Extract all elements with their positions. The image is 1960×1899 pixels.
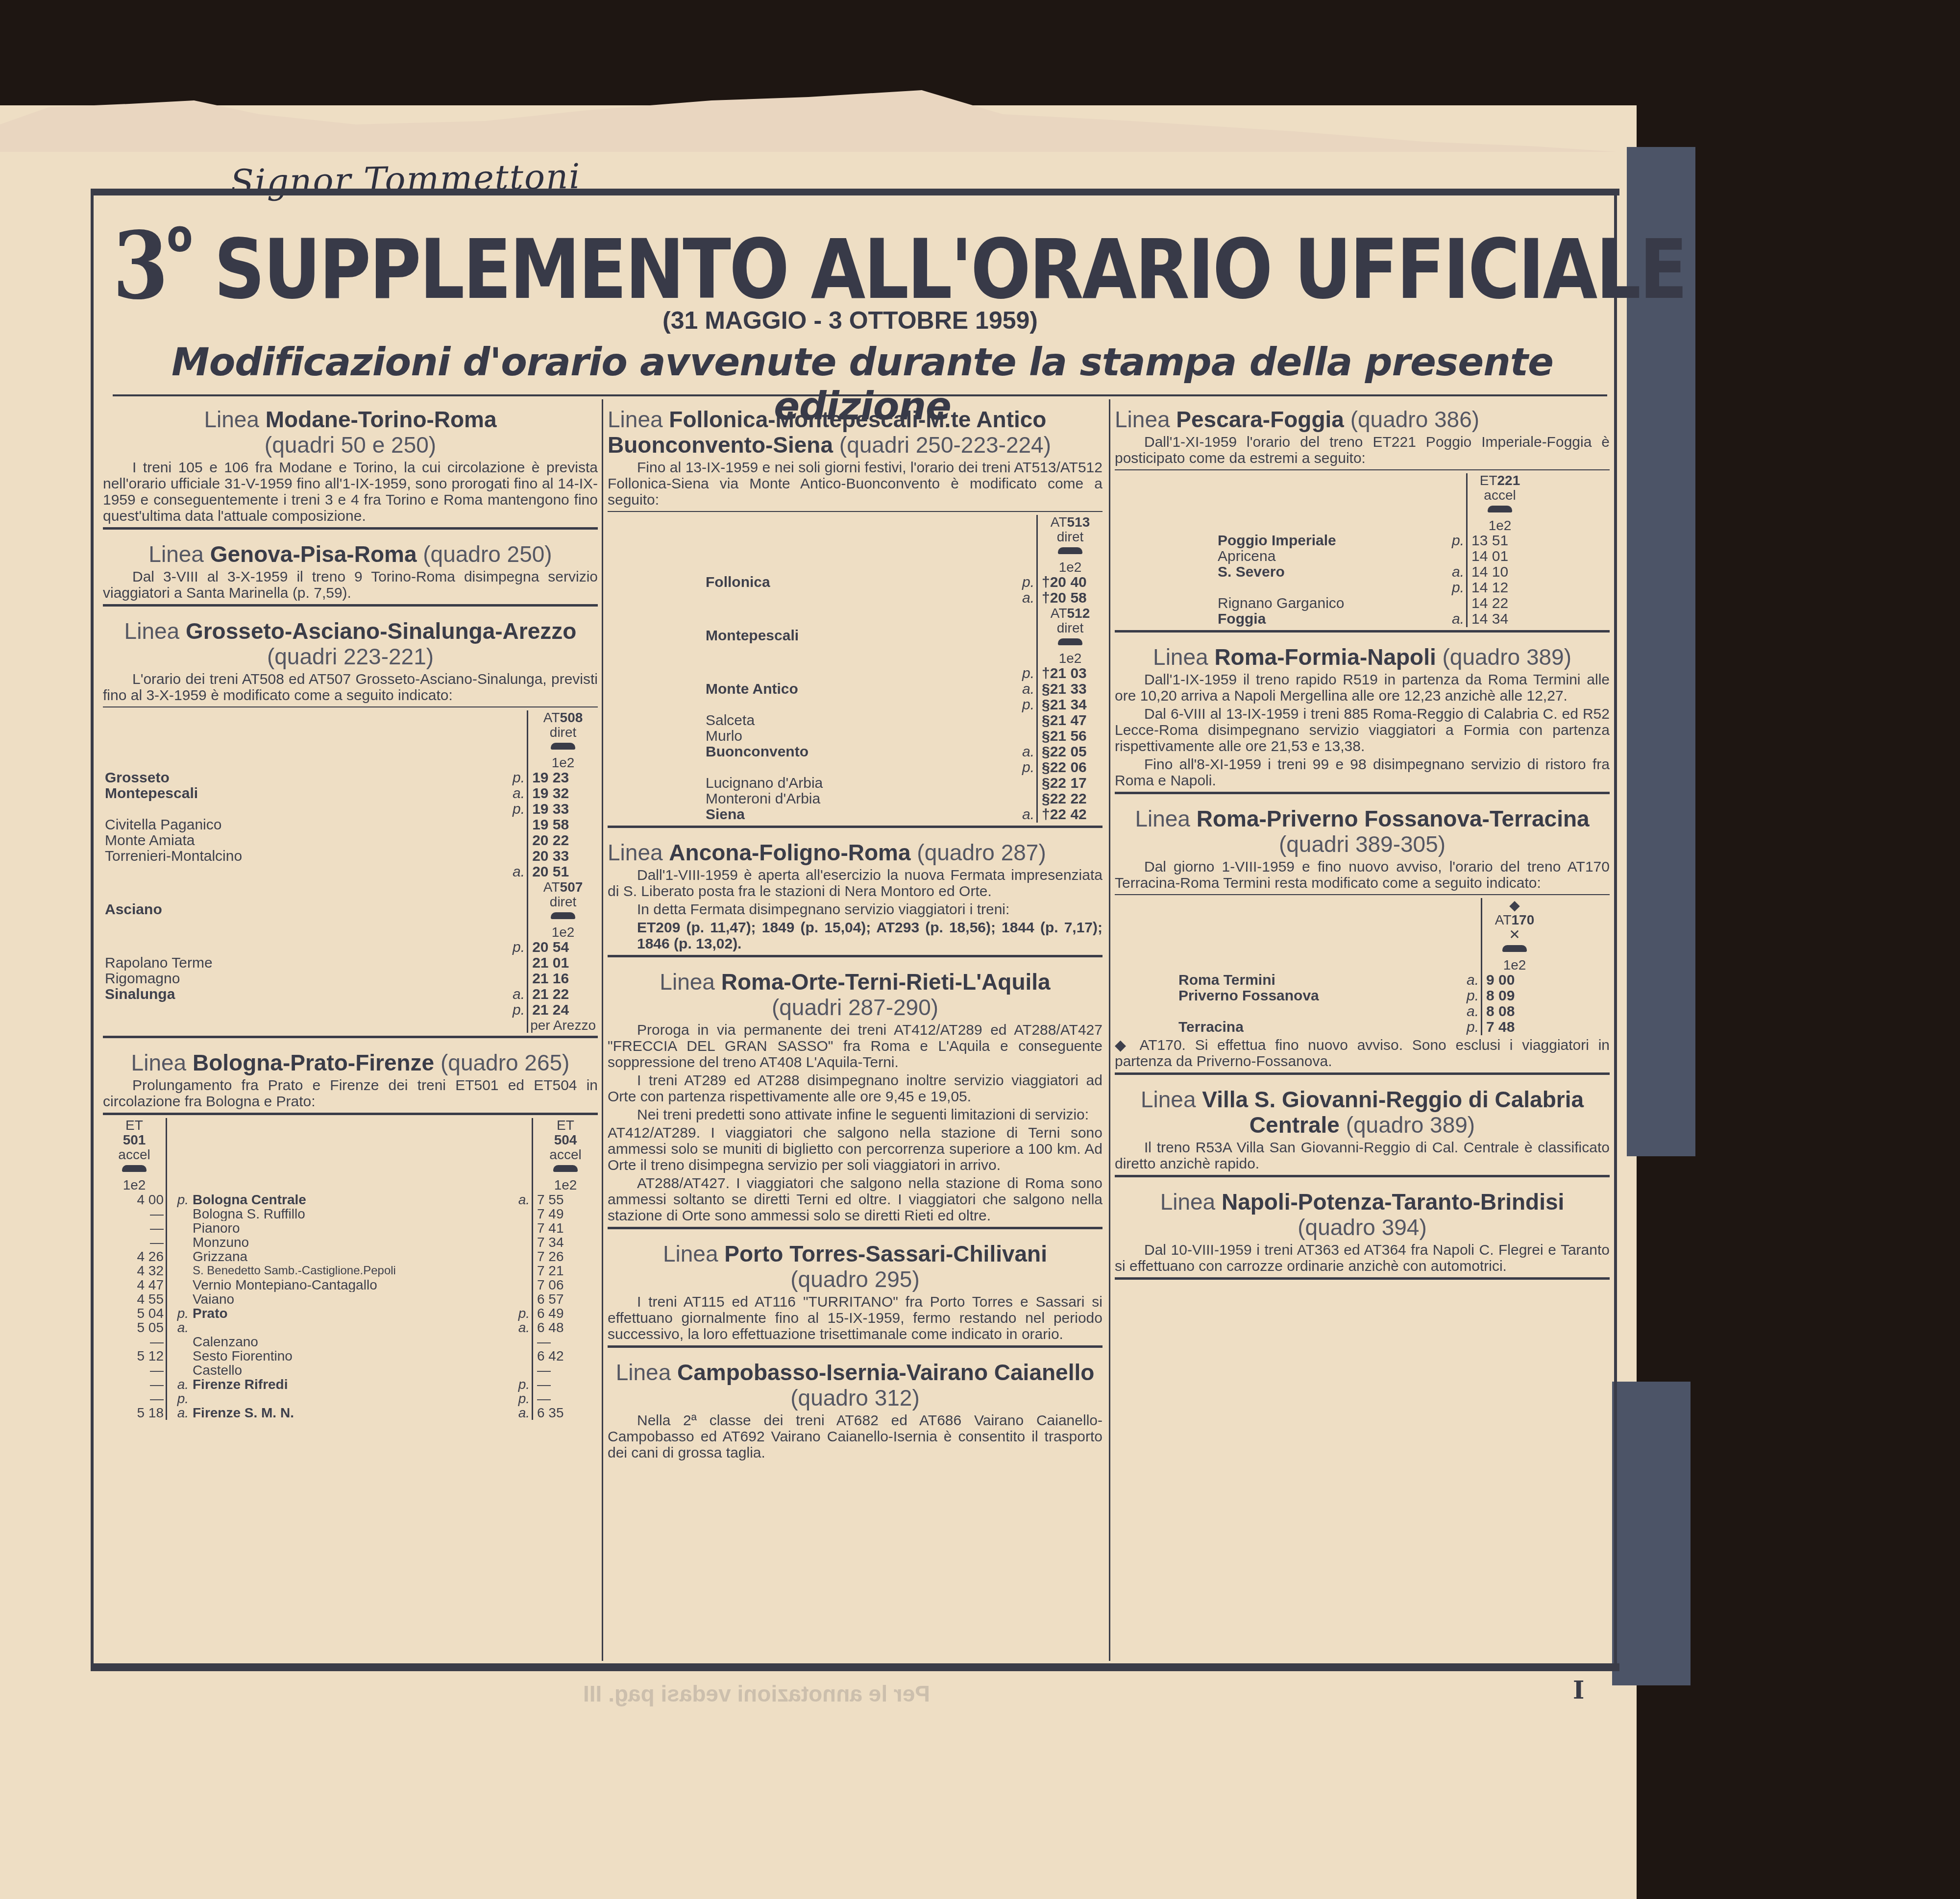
section-rule [608,1227,1102,1229]
station: Firenze Rifredi [191,1377,508,1391]
train-type: AT [543,710,560,725]
section-text: I treni AT115 ed AT116 "TURRITANO" fra P… [608,1294,1102,1342]
station [103,940,503,955]
section-text: In detta Fermata disimpegnano servizio v… [608,901,1102,918]
linea-label: Linea [608,407,663,432]
arr-dep: p. [1443,580,1467,596]
arr-dep: a. [1457,973,1482,988]
train-number: 513 [1067,514,1090,530]
table-row: Grossetop.19 23 [103,770,598,786]
footnote: ◆ AT170. Si effettua fino nuovo avviso. … [1115,1037,1610,1070]
table-row: Monteroni d'Arbia§22 22 [608,791,1102,807]
station [1115,580,1443,596]
station [608,666,1013,682]
section-napoli-potenza-taranto: Linea Napoli-Potenza-Taranto-Brindisi(qu… [1115,1184,1610,1287]
station: Torrenieri-Montalcino [103,849,503,864]
quadro-ref: (quadri 389-305) [1279,831,1445,857]
arr-dep: p. [508,1391,533,1406]
station [103,802,503,817]
time: §22 06 [1037,760,1103,776]
arr-dep: a. [167,1406,191,1420]
time: 21 24 [528,1002,598,1018]
time-left: — [103,1391,167,1406]
table-row: 5 04p.Pratop.6 49 [103,1306,598,1320]
railcar-icon [553,1165,578,1172]
arr-dep: p. [503,770,528,786]
train-class: 1e2 [123,1177,146,1193]
table-row: Sienaa.†22 42 [608,807,1102,823]
train-header-at512: AT512diret1e2 [1037,606,1103,666]
time: §21 33 [1037,682,1103,697]
quadro-ref: (quadro 386) [1350,407,1479,432]
section-text: AT288/AT427. I viaggiatori che salgono n… [608,1175,1102,1224]
bleed-through-text: Per le annotazioni vedasi pag. III [583,1680,930,1707]
quadro-ref: (quadro 394) [1298,1215,1426,1240]
section-rule [1115,792,1610,794]
train-number: 170 [1511,912,1534,927]
station: Roma Termini [1115,973,1457,988]
arr-dep: a. [1013,682,1037,697]
arr-dep [503,833,528,849]
railcar-icon [122,1165,147,1172]
time-right: — [533,1391,598,1406]
linea-label: Linea [1160,1189,1216,1215]
station: Follonica [608,575,1013,590]
table-row: p.20 54 [103,940,598,955]
table-row: S. Severoa.14 10 [1115,564,1610,580]
time: 19 58 [528,817,598,833]
timetable-at508: AT508diret1e2 Grossetop.19 23 Montepesca… [103,710,598,1033]
time: 19 32 [528,786,598,802]
line-name: Roma-Orte-Terni-Rieti-L'Aquila [721,969,1051,995]
linea-label: Linea [663,1241,718,1266]
time: 14 10 [1467,564,1533,580]
arr-dep [508,1292,533,1306]
timetable-et221: ET221accel1e2 Poggio Imperialep.13 51 Ap… [1115,473,1610,627]
section-villa-s-giovanni-reggio: Linea Villa S. Giovanni-Reggio di Calabr… [1115,1082,1610,1184]
linea-label: Linea [1141,1087,1196,1112]
station: S. Severo [1115,564,1443,580]
train-type: AT [1495,912,1512,927]
line-name: Grosseto-Asciano-Sinalunga-Arezzo [186,618,576,644]
time: †20 40 [1037,575,1103,590]
section-rule [608,1345,1102,1348]
section-rule [103,1036,598,1038]
arr-dep [508,1249,533,1264]
section-text: AT412/AT289. I viaggiatori che salgono n… [608,1125,1102,1173]
railcar-icon [551,743,575,750]
arr-dep [1013,776,1037,791]
table-row: a.8 08 [1115,1004,1610,1020]
time: 20 33 [528,849,598,864]
train-number: 501 [123,1132,146,1147]
quadro-ref: (quadri 287-290) [772,995,938,1020]
table-row: —Calenzano— [103,1335,598,1349]
table-row: p.14 12 [1115,580,1610,596]
railcar-icon [1058,547,1082,554]
table-row: Rigomagno21 16 [103,971,598,987]
time-left: 5 18 [103,1406,167,1420]
table-rule [103,1113,598,1115]
table-row: p.21 24 [103,1002,598,1018]
section-rule [1115,1175,1610,1177]
table-row: —Monzuno7 34 [103,1235,598,1249]
train-number: 508 [560,710,583,725]
section-rule [103,604,598,607]
arr-dep: p. [1013,575,1037,590]
table-row: 4 00p.Bologna Centralea.7 55 [103,1193,598,1207]
page-number: I [1573,1676,1584,1704]
section-campobasso-isernia: Linea Campobasso-Isernia-Vairano Caianel… [608,1355,1102,1467]
linea-label: Linea [616,1360,671,1385]
section-text: Il treno R53A Villa San Giovanni-Reggio … [1115,1140,1610,1172]
table-row: Buonconventoa.§22 05 [608,744,1102,760]
table-row: 4 32S. Benedetto Samb.-Castiglione.Pepol… [103,1264,598,1278]
section-modane-torino-roma: Linea Modane-Torino-Roma(quadri 50 e 250… [103,402,598,536]
section-text: Dall'1-XI-1959 l'orario del treno ET221 … [1115,434,1610,466]
section-text: Nei treni predetti sono attivate infine … [608,1107,1102,1123]
time-left: 4 47 [103,1278,167,1292]
station: S. Benedetto Samb.-Castiglione.Pepoli [191,1264,508,1278]
station: Apricena [1115,549,1443,564]
table-row: —Pianoro7 41 [103,1221,598,1235]
title-degree: o [167,211,191,262]
arr-dep: a. [1443,564,1467,580]
section-pescara-foggia: Linea Pescara-Foggia (quadro 386) Dall'1… [1115,402,1610,639]
station [103,864,503,880]
table-row: Sinalungaa.21 22 [103,987,598,1002]
time-right: — [533,1377,598,1391]
time-right: — [533,1335,598,1349]
station [103,1002,503,1018]
station: Firenze S. M. N. [191,1406,508,1420]
train-header-et504: ET504accel1e2 [533,1118,598,1193]
train-class: 1e2 [1503,957,1526,973]
arr-dep: a. [1013,744,1037,760]
arr-dep: a. [167,1320,191,1335]
arr-dep: p. [1457,988,1482,1004]
arr-dep [503,849,528,864]
station [1115,1004,1457,1020]
table-row: a.†20 58 [608,590,1102,606]
section-porto-torres-sassari: Linea Porto Torres-Sassari-Chilivani(qua… [608,1236,1102,1355]
station: Grosseto [103,770,503,786]
line-name: Ancona-Foligno-Roma [669,840,910,865]
linea-label: Linea [1115,407,1170,432]
section-rule [1115,630,1610,633]
arr-dep [167,1363,191,1377]
time-right: 6 49 [533,1306,598,1320]
time-left: 5 12 [103,1349,167,1363]
train-type: AT [543,879,560,895]
arr-dep: p. [508,1306,533,1320]
diamond-icon: ◆ [1509,898,1520,913]
column-divider [602,399,603,1661]
table-row: p.§21 34 [608,697,1102,713]
time: 7 48 [1482,1020,1547,1035]
section-grosseto-asciano: Linea Grosseto-Asciano-Sinalunga-Arezzo(… [103,613,598,1045]
time-right: 7 41 [533,1221,598,1235]
section-text: Dal giorno 1-VIII-1959 e fino nuovo avvi… [1115,859,1610,891]
time-left: 4 32 [103,1264,167,1278]
time: 19 33 [528,802,598,817]
train-header-at513: AT513diret1e2 [1037,515,1103,575]
station: Siena [608,807,1013,823]
arr-dep [508,1207,533,1221]
table-row: 5 05a.a.6 48 [103,1320,598,1335]
arr-dep [167,1278,191,1292]
station: Foggia [1115,611,1443,627]
section-genova-pisa-roma: Linea Genova-Pisa-Roma (quadro 250) Dal … [103,536,598,613]
arr-dep [167,1264,191,1278]
time-left: 5 04 [103,1306,167,1320]
train-class: 1e2 [1489,518,1512,533]
train-list: ET209 (p. 11,47); 1849 (p. 15,04); AT293… [608,920,1102,952]
train-header-at170: ◆AT170✕1e2 [1482,898,1547,973]
time-left: — [103,1335,167,1349]
table-row: Terracinap.7 48 [1115,1020,1610,1035]
train-class: 1e2 [1059,651,1082,666]
table-row: Follonicap.†20 40 [608,575,1102,590]
section-text: Prolungamento fra Prato e Firenze dei tr… [103,1077,598,1110]
arr-dep [1013,791,1037,807]
railcar-icon [551,912,575,919]
time: §22 17 [1037,776,1103,791]
linea-label: Linea [131,1050,187,1075]
station [608,590,1013,606]
linea-label: Linea [608,840,663,865]
section-text: Nella 2ª classe dei treni AT682 ed AT686… [608,1412,1102,1461]
time-left: — [103,1377,167,1391]
no-service-icon: ✕ [1509,927,1520,942]
bottom-rule [91,1663,1619,1671]
period: (31 MAGGIO - 3 OTTOBRE 1959) [0,306,1700,335]
arr-dep: p. [1013,666,1037,682]
train-number: 221 [1497,473,1520,488]
section-text: Fino al 13-IX-1959 e nei soli giorni fes… [608,460,1102,508]
arr-dep [167,1221,191,1235]
arr-dep [167,1292,191,1306]
time: 19 23 [528,770,598,786]
table-row: 5 18a.Firenze S. M. N.a.6 35 [103,1406,598,1420]
linea-label: Linea [204,407,259,432]
section-text: Dal 10-VIII-1959 i treni AT363 ed AT364 … [1115,1242,1610,1274]
arr-dep: p. [167,1306,191,1320]
table-row: 5 12Sesto Fiorentino6 42 [103,1349,598,1363]
station: Rapolano Terme [103,955,503,971]
blue-cover-edge-lower [1612,1382,1690,1685]
time-right: 7 34 [533,1235,598,1249]
time-left: — [103,1235,167,1249]
train-kind: accel [118,1147,150,1162]
linea-label: Linea [1135,806,1190,831]
table-rule [1115,894,1610,895]
arr-dep: p. [503,1002,528,1018]
time: 8 08 [1482,1004,1547,1020]
section-follonica-siena: Linea Follonica-Montepescali-M.te Antico… [608,402,1102,835]
time: 9 00 [1482,973,1547,988]
time: 13 51 [1467,533,1533,549]
station: Vaiano [191,1292,508,1306]
column-2: Linea Follonica-Montepescali-M.te Antico… [608,402,1102,1467]
station: Monte Antico [608,682,1013,697]
station: Poggio Imperiale [1115,533,1443,549]
arr-dep: p. [167,1193,191,1207]
time-right: 7 06 [533,1278,598,1292]
station: Montepescali [103,786,503,802]
table-row: Monte Amiata20 22 [103,833,598,849]
section-rule [608,955,1102,957]
arr-dep [508,1221,533,1235]
time: 21 16 [528,971,598,987]
arr-dep [508,1278,533,1292]
train-class: 1e2 [552,755,575,770]
time: †21 03 [1037,666,1103,682]
quadro-ref: (quadro 389) [1346,1112,1475,1138]
time-right: — [533,1363,598,1377]
section-rule [608,826,1102,828]
time-left: — [103,1363,167,1377]
table-row: 4 47Vernio Montepiano-Cantagallo7 06 [103,1278,598,1292]
time: 14 01 [1467,549,1533,564]
arr-dep [508,1264,533,1278]
table-row: Rapolano Terme21 01 [103,955,598,971]
train-header-et221: ET221accel1e2 [1467,473,1533,533]
section-text: Dall'1-VIII-1959 è aperta all'esercizio … [608,867,1102,900]
station: Murlo [608,729,1013,744]
station: Lucignano d'Arbia [608,776,1013,791]
column-3: Linea Pescara-Foggia (quadro 386) Dall'1… [1115,402,1610,1287]
station: Pianoro [191,1221,508,1235]
time-right: 6 42 [533,1349,598,1363]
arr-dep [1443,549,1467,564]
arr-dep: p. [503,940,528,955]
station: Rignano Garganico [1115,596,1443,611]
table-row: Apricena14 01 [1115,549,1610,564]
arr-dep: p. [167,1391,191,1406]
station: Monteroni d'Arbia [608,791,1013,807]
arr-dep [508,1349,533,1363]
time: §22 22 [1037,791,1103,807]
arr-dep [503,955,528,971]
timetable-et501-et504: ET501accel1e2 ET504accel1e2 4 00p.Bologn… [103,1118,598,1420]
timetable-at170: ◆AT170✕1e2 Roma Terminia.9 00 Priverno F… [1115,898,1610,1035]
train-kind: accel [549,1147,581,1162]
arr-dep: a. [1443,611,1467,627]
time: 20 22 [528,833,598,849]
train-class: 1e2 [1059,560,1082,575]
arr-dep: a. [508,1193,533,1207]
train-type: ET [1480,473,1497,488]
table-row: 4 26Grizzana7 26 [103,1249,598,1264]
arr-dep [167,1235,191,1249]
time: 14 12 [1467,580,1533,596]
arr-dep: p. [508,1377,533,1391]
train-class: 1e2 [552,925,575,940]
station [191,1320,508,1335]
section-text: Fino all'8-XI-1959 i treni 99 e 98 disim… [1115,756,1610,789]
time: §21 34 [1037,697,1103,713]
table-row: Torrenieri-Montalcino20 33 [103,849,598,864]
arr-dep: p. [503,802,528,817]
time: 20 51 [528,864,598,880]
table-row: 4 55Vaiano6 57 [103,1292,598,1306]
line-name: Roma-Priverno Fossanova-Terracina [1197,806,1590,831]
time-right: 6 48 [533,1320,598,1335]
time-left: — [103,1207,167,1221]
station: Sinalunga [103,987,503,1002]
line-name: Napoli-Potenza-Taranto-Brindisi [1222,1189,1564,1215]
quadro-ref: (quadro 265) [441,1050,569,1075]
time: §21 47 [1037,713,1103,729]
table-row: Montepescalia.19 32 [103,786,598,802]
train-header-et501: ET501accel1e2 [103,1118,167,1193]
arr-dep [1013,729,1037,744]
table-row: Monte Anticoa.§21 33 [608,682,1102,697]
train-number: 507 [560,879,583,895]
time: †20 58 [1037,590,1103,606]
quadro-ref: (quadro 389) [1443,644,1571,670]
arr-dep: p. [1457,1020,1482,1035]
table-row: —p.p.— [103,1391,598,1406]
time: 21 01 [528,955,598,971]
section-rule [1115,1072,1610,1075]
table-row: —Castello— [103,1363,598,1377]
arr-dep [503,971,528,987]
train-kind: diret [550,725,576,740]
station [191,1391,508,1406]
section-text: Dall'1-IX-1959 il treno rapido R519 in p… [1115,672,1610,704]
table-row: a.20 51 [103,864,598,880]
table-row: p.†21 03 [608,666,1102,682]
railcar-icon [1488,506,1512,512]
time: 21 22 [528,987,598,1002]
station: Vernio Montepiano-Cantagallo [191,1278,508,1292]
section-text: I treni 105 e 106 fra Modane e Torino, l… [103,460,598,524]
station: Sesto Fiorentino [191,1349,508,1363]
station: Grizzana [191,1249,508,1264]
linea-label: Linea [1153,644,1208,670]
train-kind: diret [1057,529,1083,544]
quadro-ref: (quadro 295) [790,1266,919,1292]
time-left: — [103,1221,167,1235]
table-row: Roma Terminia.9 00 [1115,973,1610,988]
arr-dep: p. [1013,760,1037,776]
arr-dep: a. [508,1320,533,1335]
section-rule [1115,1277,1610,1280]
time: 14 22 [1467,596,1533,611]
quadro-ref: (quadro 287) [917,840,1046,865]
table-row: Murlo§21 56 [608,729,1102,744]
time-right: 6 35 [533,1406,598,1420]
time: §22 05 [1037,744,1103,760]
table-row: —Bologna S. Ruffillo7 49 [103,1207,598,1221]
train-kind: accel [1484,487,1516,503]
station: Monte Amiata [103,833,503,849]
station: Rigomagno [103,971,503,987]
table-rule [608,511,1102,512]
line-name: Roma-Formia-Napoli [1214,644,1436,670]
section-text: L'orario dei treni AT508 ed AT507 Grosse… [103,671,598,704]
station: Prato [191,1306,508,1320]
time-right: 7 55 [533,1193,598,1207]
table-row: p.19 33 [103,802,598,817]
quadro-ref: (quadri 50 e 250) [265,432,436,458]
page-title: 3o SUPPLEMENTO ALL'ORARIO UFFICIALE [113,211,1398,320]
arr-dep [1443,596,1467,611]
time: †22 42 [1037,807,1103,823]
line-name: Porto Torres-Sassari-Chilivani [724,1241,1047,1266]
